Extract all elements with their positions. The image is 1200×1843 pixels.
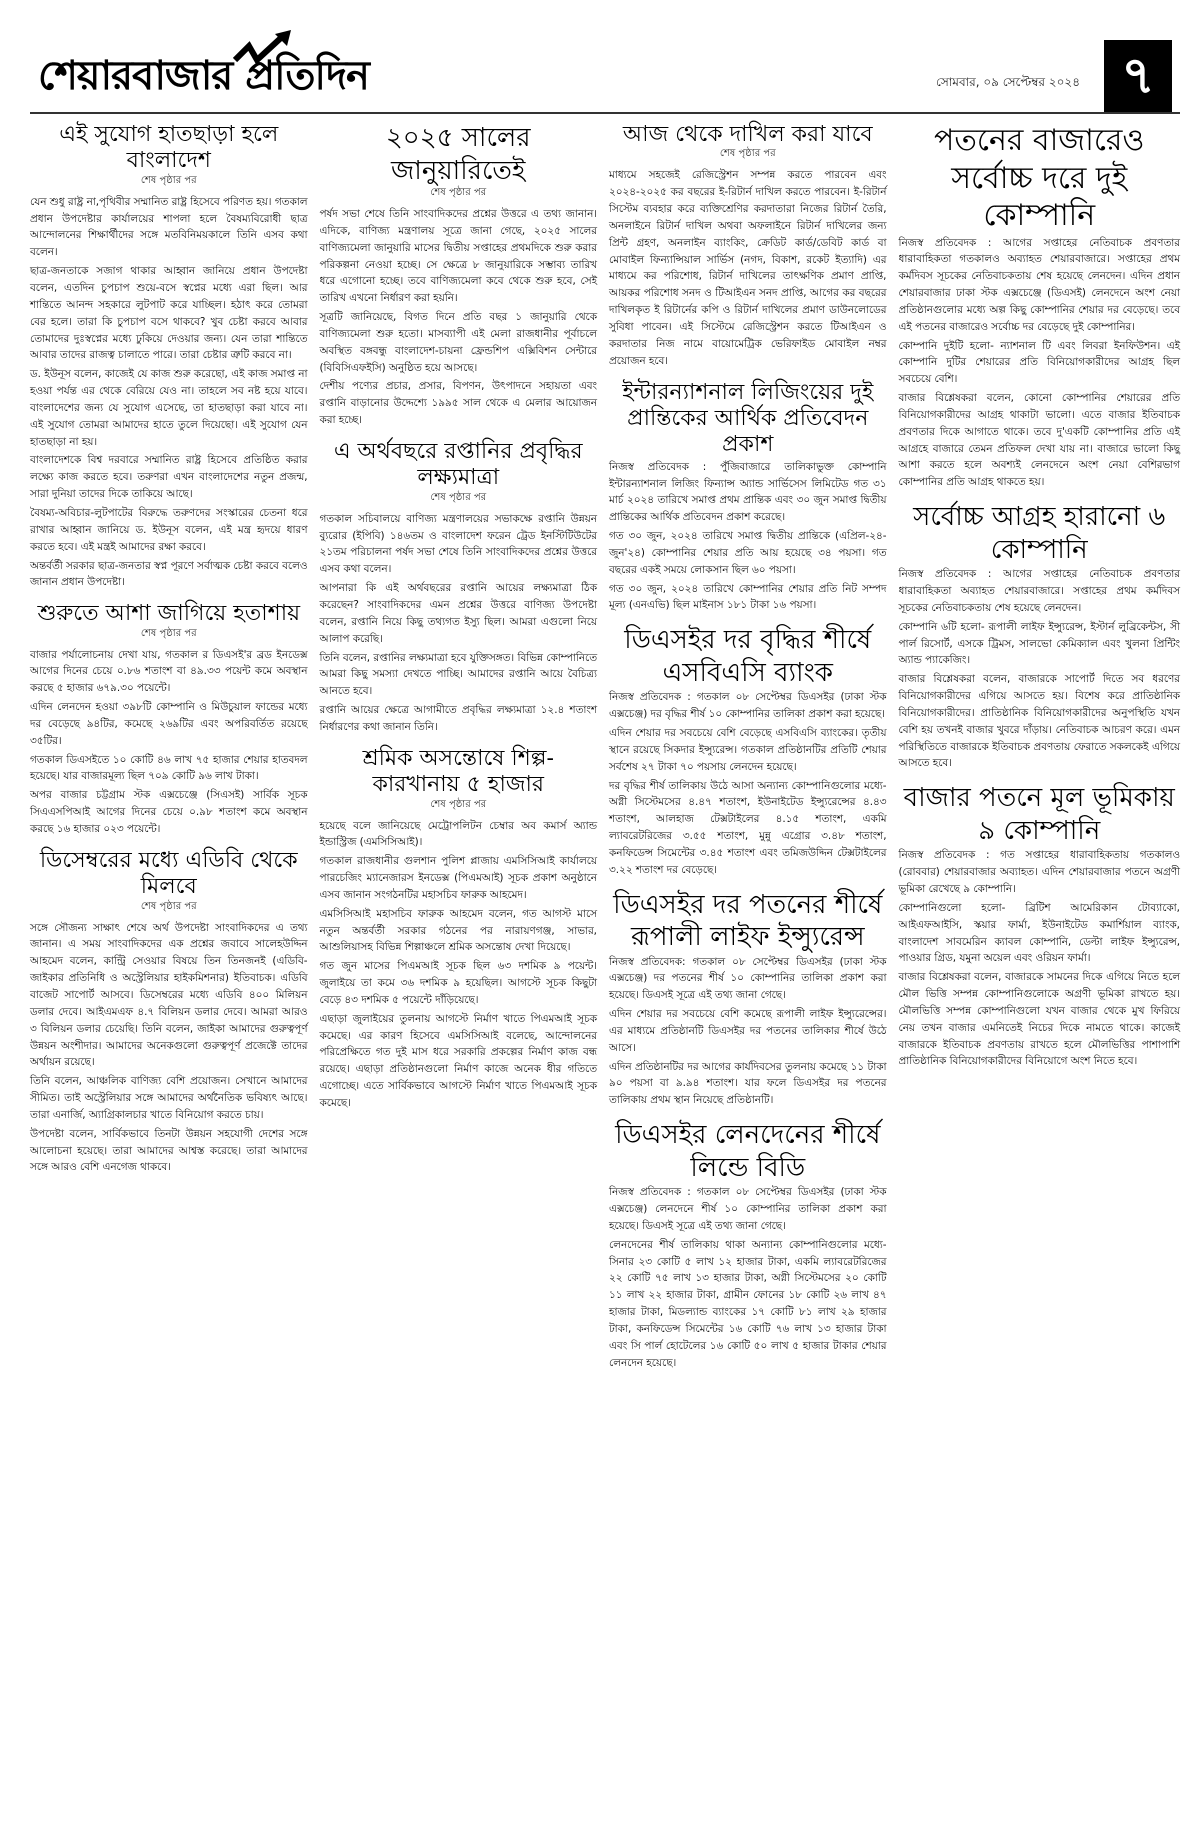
- paragraph: তিনি বলেন, আঞ্চলিক বাণিজ্য বেশি প্রয়োজন…: [30, 1073, 308, 1124]
- headline: ২০২৫ সালের জানুয়ারিতেই: [320, 122, 598, 187]
- paragraph: অন্তর্বর্তী সরকার ছাত্র-জনতার স্বপ্ন পূর…: [30, 558, 308, 592]
- newspaper-logo: শেয়ারবাজার প্রতিদিন: [38, 44, 369, 111]
- paragraph: বাজার বিশ্লেষকরা বলেন, বাজারকে সামনের দি…: [899, 969, 1181, 1070]
- paragraph: এদিন শেয়ার দর সবচেয়ে বেশি কমেছে রূপালী…: [609, 1006, 887, 1057]
- paragraph: কোম্পানি দুইটি হলো- ন্যাশনাল টি এবং লিবর…: [899, 338, 1181, 389]
- headline: বাজার পতনে মূল ভূমিকায় ৯ কোম্পানি: [899, 782, 1181, 847]
- logo-text: শেয়ারবাজার প্রতিদিন: [38, 52, 369, 99]
- paragraph: এদিন শেয়ার দর সবচেয়ে বেশি বেড়েছে এসবি…: [609, 725, 887, 776]
- article: ডিএসইর দর বৃদ্ধির শীর্ষে এসবিএসি ব্যাংক …: [609, 624, 887, 878]
- paragraph: পর্ষদ সভা শেষে তিনি সাংবাদিকদের প্রশ্নের…: [320, 206, 598, 307]
- paragraph: গত জুন মাসের পিএমআই সূচক ছিল ৬৩ দশমিক ৯ …: [320, 958, 598, 1009]
- headline: পতনের বাজারেও সর্বোচ্চ দরে দুই কোম্পানি: [899, 122, 1181, 235]
- paragraph: ড. ইউনূস বলেন, কাজেই যে কাজ শুরু করেছো, …: [30, 366, 308, 450]
- paragraph: তিনি বলেন, রপ্তানির লক্ষ্যমাত্রা হবে যুক…: [320, 650, 598, 701]
- headline: ডিএসইর দর পতনের শীর্ষে রূপালী লাইফ ইন্স্…: [609, 889, 887, 954]
- article: পতনের বাজারেও সর্বোচ্চ দরে দুই কোম্পানি …: [899, 122, 1181, 491]
- continued-label: শেষ পৃষ্ঠার পর: [609, 146, 887, 163]
- article: ডিসেম্বরের মধ্যে এডিবি থেকে মিলবে শেষ পৃ…: [30, 848, 308, 1176]
- paragraph: নিজস্ব প্রতিবেদক : আগের সপ্তাহের নেতিবাচ…: [899, 235, 1181, 336]
- paragraph: নিজস্ব প্রতিবেদক : পুঁজিবাজারে তালিকাভুক…: [609, 459, 887, 526]
- column-1: এই সুযোগ হাতছাড়া হলে বাংলাদেশ শেষ পৃষ্ঠ…: [30, 118, 308, 1381]
- paragraph: ছাত্র-জনতাকে সজাগ থাকার আহ্বান জানিয়ে প…: [30, 263, 308, 364]
- paragraph: সঙ্গে সৌজন্য সাক্ষাৎ শেষে অর্থ উপদেষ্টা …: [30, 920, 308, 1072]
- paragraph: বৈষম্য-অবিচার-লুটপাটের বিরুদ্ধে তরুণদের …: [30, 505, 308, 556]
- paragraph: লেনদেনের শীর্ষ তালিকায় থাকা অন্যান্য কো…: [609, 1237, 887, 1372]
- paragraph: গত ৩০ জুন, ২০২৪ তারিখে সমাপ্ত দ্বিতীয় প…: [609, 528, 887, 579]
- paragraph: নিজস্ব প্রতিবেদক : গত সপ্তাহের ধারাবাহিক…: [899, 847, 1181, 898]
- paragraph: নিজস্ব প্রতিবেদক : গতকাল ০৮ সেপ্টেম্বর ড…: [609, 1184, 887, 1235]
- page-number: ৭: [1104, 40, 1172, 112]
- paragraph: কোম্পানি ৬টি হলো- রূপালী লাইফ ইন্স্যুরেন…: [899, 619, 1181, 670]
- paragraph: যেন শুধু রাষ্ট্র না,পৃথিবীর সম্মানিত রাষ…: [30, 194, 308, 261]
- column-3: আজ থেকে দাখিল করা যাবে শেষ পৃষ্ঠার পর মা…: [609, 118, 887, 1381]
- paragraph: বাজার পর্যালোচনায় দেখা যায়, গতকাল র ডি…: [30, 647, 308, 698]
- paragraph: বাজার বিশ্লেষকরা বলেন, কোনো কোম্পানির শে…: [899, 390, 1181, 491]
- paragraph: অপর বাজার চট্টগ্রাম স্টক এক্সচেঞ্জে (সিএ…: [30, 787, 308, 838]
- paragraph: এমসিসিআই মহাসচিব ফারুক আহমেদ বলেন, গত আগ…: [320, 906, 598, 957]
- article: বাজার পতনে মূল ভূমিকায় ৯ কোম্পানি নিজস্…: [899, 782, 1181, 1070]
- paragraph: নিজস্ব প্রতিবেদক: গতকাল ০৮ সেপ্টেম্বর ডি…: [609, 954, 887, 1005]
- headline: শুরুতে আশা জাগিয়ে হতাশায়: [30, 601, 308, 627]
- paragraph: আপনারা কি এই অর্থবছরের রপ্তানি আয়ের লক্…: [320, 580, 598, 647]
- article: সর্বোচ্চ আগ্রহ হারানো ৬ কোম্পানি নিজস্ব …: [899, 501, 1181, 772]
- paragraph: বাজার বিশ্লেষকরা বলেন, বাজারকে সাপোর্ট দ…: [899, 671, 1181, 772]
- paragraph: নিজস্ব প্রতিবেদক : আগের সপ্তাহের নেতিবাচ…: [899, 566, 1181, 617]
- continued-label: শেষ পৃষ্ঠার পর: [320, 185, 598, 202]
- paragraph: গতকাল রাজধানীর গুলশান পুলিশ প্লাজায় এমস…: [320, 853, 598, 904]
- article: এই সুযোগ হাতছাড়া হলে বাংলাদেশ শেষ পৃষ্ঠ…: [30, 122, 308, 591]
- paragraph: গতকাল সচিবালয়ে বাণিজ্য মন্ত্রণালয়ের সভ…: [320, 511, 598, 578]
- headline: ডিএসইর লেনদেনের শীর্ষে লিন্ডে বিডি: [609, 1119, 887, 1184]
- paragraph: নিজস্ব প্রতিবেদক : গতকাল ০৮ সেপ্টেম্বর ড…: [609, 689, 887, 723]
- continued-label: শেষ পৃষ্ঠার পর: [320, 797, 598, 814]
- column-4: পতনের বাজারেও সর্বোচ্চ দরে দুই কোম্পানি …: [899, 118, 1181, 1381]
- article: শ্রমিক অসন্তোষে শিল্প-কারখানায় ৫ হাজার …: [320, 746, 598, 1112]
- columns: এই সুযোগ হাতছাড়া হলে বাংলাদেশ শেষ পৃষ্ঠ…: [30, 118, 1180, 1381]
- continued-label: শেষ পৃষ্ঠার পর: [30, 899, 308, 916]
- article: ইন্টারন্যাশনাল লিজিংয়ের দুই প্রান্তিকের…: [609, 380, 887, 615]
- headline: ইন্টারন্যাশনাল লিজিংয়ের দুই প্রান্তিকের…: [609, 380, 887, 459]
- paragraph: এদিন লেনদেন হওয়া ৩৯৮টি কোম্পানি ও মিউচু…: [30, 699, 308, 750]
- headline: ডিসেম্বরের মধ্যে এডিবি থেকে মিলবে: [30, 848, 308, 901]
- newspaper-page: শেয়ারবাজার প্রতিদিন সোমবার, ০৯ সেপ্টেম্…: [30, 30, 1180, 1381]
- paragraph: মাধ্যমে সহজেই রেজিস্ট্রেশন সম্পন্ন করতে …: [609, 167, 887, 369]
- paragraph: এছাড়া জুলাইয়ের তুলনায় আগস্টে নির্মাণ …: [320, 1011, 598, 1112]
- article: ২০২৫ সালের জানুয়ারিতেই শেষ পৃষ্ঠার পর প…: [320, 122, 598, 429]
- paragraph: গত ৩০ জুন, ২০২৪ তারিখে কোম্পানির শেয়ার …: [609, 581, 887, 615]
- article: এ অর্থবছরে রপ্তানির প্রবৃদ্ধির লক্ষ্যমাত…: [320, 439, 598, 736]
- column-2: ২০২৫ সালের জানুয়ারিতেই শেষ পৃষ্ঠার পর প…: [320, 118, 598, 1381]
- dateline: সোমবার, ০৯ সেপ্টেম্বর ২০২৪: [936, 74, 1080, 94]
- continued-label: শেষ পৃষ্ঠার পর: [30, 626, 308, 643]
- article: আজ থেকে দাখিল করা যাবে শেষ পৃষ্ঠার পর মা…: [609, 122, 887, 370]
- article: শুরুতে আশা জাগিয়ে হতাশায় শেষ পৃষ্ঠার প…: [30, 601, 308, 838]
- paragraph: রপ্তানি আয়ের ক্ষেত্রে আগামীতে প্রবৃদ্ধি…: [320, 702, 598, 736]
- paragraph: বাংলাদেশকে বিশ্ব দরবারে সম্মানিত রাষ্ট্র…: [30, 452, 308, 503]
- headline: সর্বোচ্চ আগ্রহ হারানো ৬ কোম্পানি: [899, 501, 1181, 566]
- headline: ডিএসইর দর বৃদ্ধির শীর্ষে এসবিএসি ব্যাংক: [609, 624, 887, 689]
- article: ডিএসইর দর পতনের শীর্ষে রূপালী লাইফ ইন্স্…: [609, 889, 887, 1110]
- paragraph: হয়েছে বলে জানিয়েছে মেট্রোপলিটন চেম্বার…: [320, 818, 598, 852]
- headline: এ অর্থবছরে রপ্তানির প্রবৃদ্ধির লক্ষ্যমাত…: [320, 439, 598, 492]
- continued-label: শেষ পৃষ্ঠার পর: [320, 490, 598, 507]
- article: ডিএসইর লেনদেনের শীর্ষে লিন্ডে বিডি নিজস্…: [609, 1119, 887, 1371]
- masthead: শেয়ারবাজার প্রতিদিন সোমবার, ০৯ সেপ্টেম্…: [30, 30, 1180, 114]
- paragraph: উপদেষ্টা বলেন, সার্বিকভাবে তিনটা উন্নয়ন…: [30, 1126, 308, 1177]
- headline: আজ থেকে দাখিল করা যাবে: [609, 122, 887, 148]
- paragraph: কোম্পানিগুলো হলো- ব্রিটিশ আমেরিকান টোব্য…: [899, 900, 1181, 967]
- headline: এই সুযোগ হাতছাড়া হলে বাংলাদেশ: [30, 122, 308, 175]
- paragraph: গতকাল ডিএসইতে ১০ কোটি ৪৬ লাখ ৭৫ হাজার শে…: [30, 752, 308, 786]
- paragraph: দেশীয় পণ্যের প্রচার, প্রসার, বিপণন, উৎপ…: [320, 378, 598, 429]
- paragraph: এদিন প্রতিষ্ঠানটির দর আগের কার্যদিবসের ত…: [609, 1059, 887, 1110]
- headline: শ্রমিক অসন্তোষে শিল্প-কারখানায় ৫ হাজার: [320, 746, 598, 799]
- continued-label: শেষ পৃষ্ঠার পর: [30, 173, 308, 190]
- paragraph: সূত্রটি জানিয়েছে, বিগত দিনে প্রতি বছর ১…: [320, 309, 598, 376]
- trend-arrow-icon: [233, 30, 293, 70]
- paragraph: দর বৃদ্ধির শীর্ষ তালিকায় উঠে আসা অন্যান…: [609, 778, 887, 879]
